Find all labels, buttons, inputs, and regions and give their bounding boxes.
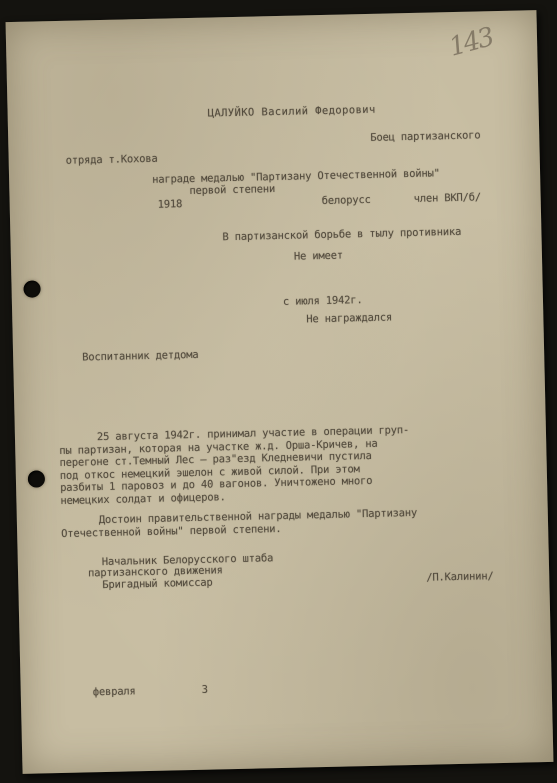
- punch-hole-bottom: [28, 470, 45, 487]
- origin-line: Воспитанник детдома: [82, 349, 199, 364]
- date-month: февраля: [93, 685, 136, 698]
- signature-title-line-3: Бригадный комиссар: [102, 577, 212, 591]
- handwritten-page-number: 143: [446, 22, 496, 62]
- role-line-1: Боец партизанского: [370, 129, 480, 143]
- previous-awards-line: Не награждался: [306, 311, 392, 325]
- document-paper: 143 ЦАЛУЙКО Василий Федорович Боец парти…: [6, 10, 554, 774]
- nationality: белорусс: [322, 194, 371, 207]
- conclusion-paragraph: Достоин правительственной награды медаль…: [61, 505, 501, 541]
- service-since-line: с июля 1942г.: [283, 294, 363, 308]
- punch-hole-top: [23, 280, 40, 297]
- photo-background: 143 ЦАЛУЙКО Василий Федорович Боец парти…: [0, 0, 557, 783]
- party-membership: член ВКП/б/: [414, 191, 482, 205]
- feat-description-paragraph: 25 августа 1942г. принимал участие в опе…: [59, 422, 501, 507]
- date-day: 3: [202, 684, 208, 696]
- wounds-line: Не имеет: [294, 250, 343, 263]
- signature-name: /П.Калинин/: [426, 570, 494, 584]
- recipient-name: ЦАЛУЙКО Василий Федорович: [208, 104, 376, 120]
- birth-year: 1918: [158, 198, 183, 211]
- award-line-2: первой степени: [189, 183, 275, 197]
- role-line-2: отряда т.Кохова: [66, 153, 158, 167]
- award-line-1: награде медалью "Партизану Отечественной…: [152, 167, 440, 186]
- service-line: В партизанской борьбе в тылу противника: [222, 226, 461, 243]
